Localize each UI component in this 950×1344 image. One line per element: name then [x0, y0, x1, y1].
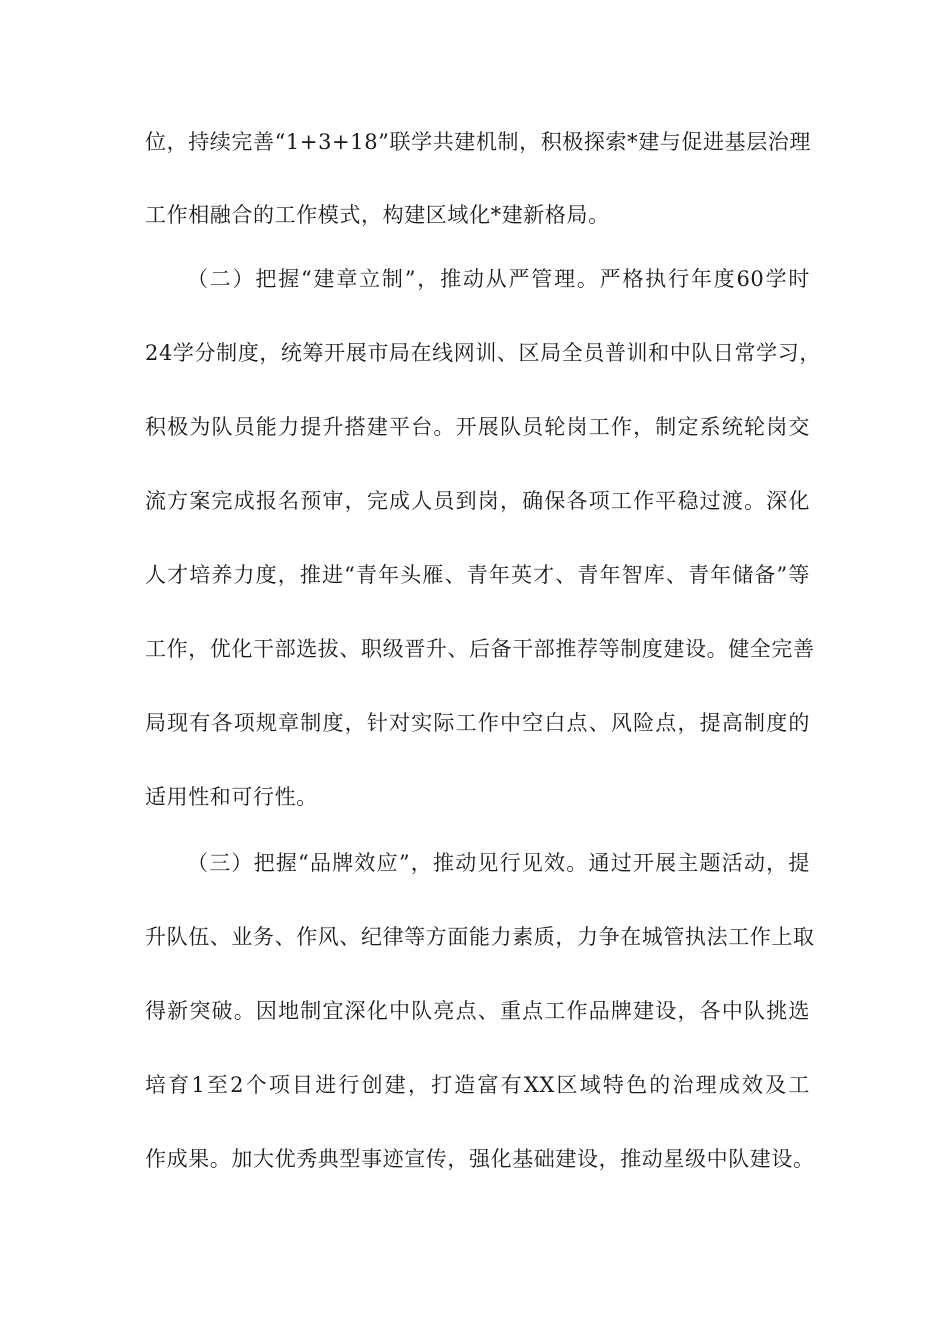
paragraph-line: 位，持续完善“1+3+18”联学共建机制，积极探索*建与促进基层治理 [145, 128, 810, 156]
paragraph-line: 升队伍、业务、作风、纪律等方面能力素质，力争在城管执法工作上取 [145, 923, 810, 951]
section-heading-line: （二）把握“建章立制”，推动从严管理。严格执行年度60学时 [187, 265, 810, 293]
paragraph-line: 适用性和可行性。 [145, 783, 810, 811]
paragraph-line: 培育1至2个项目进行创建，打造富有XX区域特色的治理成效及工 [145, 1071, 810, 1099]
paragraph-line: 积极为队员能力提升搭建平台。开展队员轮岗工作，制定系统轮岗交 [145, 413, 810, 441]
document-page: 位，持续完善“1+3+18”联学共建机制，积极探索*建与促进基层治理 工作相融合… [0, 0, 950, 1344]
paragraph-line: 人才培养力度，推进“青年头雁、青年英才、青年智库、青年储备”等 [145, 561, 810, 589]
section-heading-line: （三）把握“品牌效应”，推动见行见效。通过开展主题活动，提 [187, 849, 810, 877]
paragraph-line: 工作，优化干部选拔、职级晋升、后备干部推荐等制度建设。健全完善 [145, 635, 810, 663]
paragraph-line: 局现有各项规章制度，针对实际工作中空白点、风险点，提高制度的 [145, 709, 810, 737]
paragraph-line: 流方案完成报名预审，完成人员到岗，确保各项工作平稳过渡。深化 [145, 487, 810, 515]
paragraph-line: 24学分制度，统筹开展市局在线网训、区局全员普训和中队日常学习， [145, 339, 810, 367]
paragraph-line: 得新突破。因地制宜深化中队亮点、重点工作品牌建设，各中队挑选 [145, 997, 810, 1025]
paragraph-line: 工作相融合的工作模式，构建区域化*建新格局。 [145, 201, 810, 229]
paragraph-line: 作成果。加大优秀典型事迹宣传，强化基础建设，推动星级中队建设。 [145, 1145, 810, 1173]
